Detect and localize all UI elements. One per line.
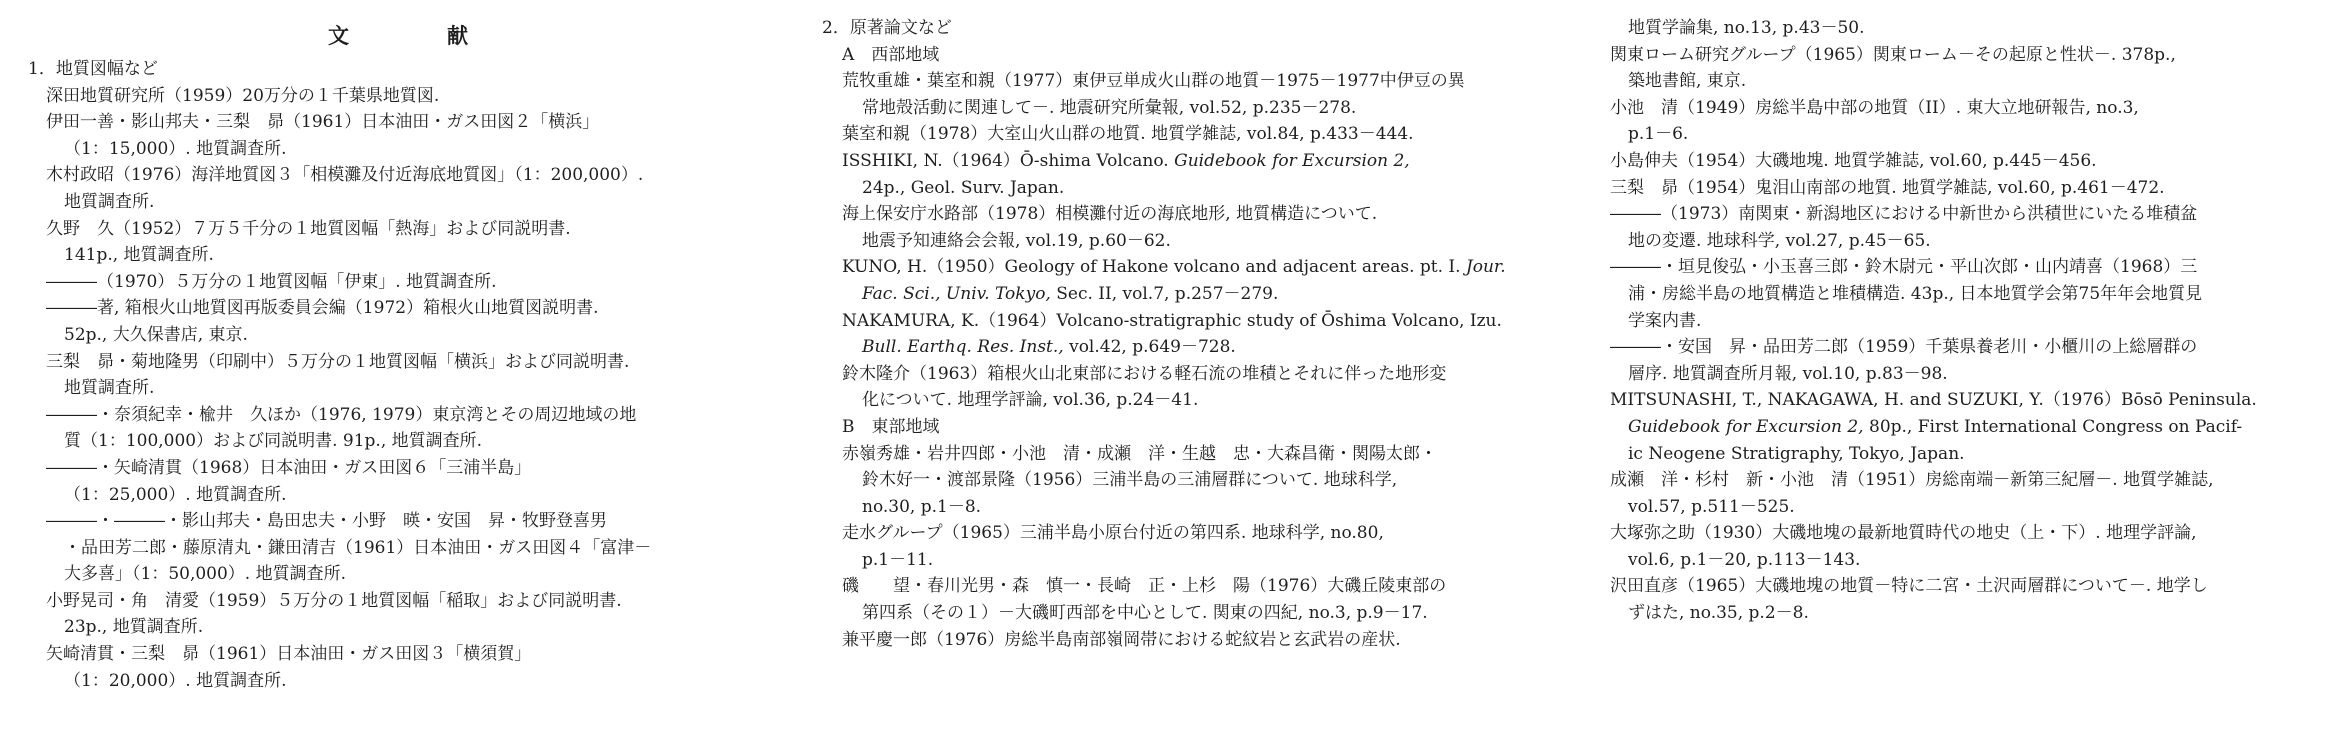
reference-line: MITSUNASHI, T., NAKAGAWA, H. and SUZUKI,… [1610,387,2325,414]
reference-line: 鈴木好一・渡部景隆（1956）三浦半島の三浦層群について. 地球科学, [822,467,1582,494]
title-char-1: 文 [328,20,349,50]
reference-line: 層序. 地質調査所月報, vol.10, p.83－98. [1610,361,2325,388]
reference-text: ―――・安国 昇・品田芳二郎（1959）千葉県養老川・小櫃川の上総層群の [1610,337,2197,357]
reference-line: 地質調査所. [28,375,788,402]
reference-line: 鈴木隆介（1963）箱根火山北東部における軽石流の堆積とそれに伴った地形変 [822,361,1582,388]
reference-line: ―――（1973）南関東・新潟地区における中新世から洪積世にいたる堆積盆 [1610,201,2325,228]
reference-text: MITSUNASHI, T., NAKAGAWA, H. and SUZUKI,… [1610,390,2257,410]
reference-text: 葉室和親（1978）大室山火山群の地質. 地質学雑誌, vol.84, p.43… [842,124,1414,144]
reference-line: ―――・矢崎清貫（1968）日本油田・ガス田図６「三浦半島」 [28,455,788,482]
reference-line: 荒牧重雄・葉室和親（1977）東伊豆単成火山群の地質－1975－1977中伊豆の… [822,68,1582,95]
reference-text: 化について. 地理学評論, vol.36, p.24－41. [862,390,1198,410]
reference-text: 深田地質研究所（1959）20万分の１千葉県地質図. [46,86,439,106]
reference-line: ic Neogene Stratigraphy, Tokyo, Japan. [1610,441,2325,468]
reference-text: 三梨 昴（1954）鬼泪山南部の地質. 地質学雑誌, vol.60, p.461… [1610,178,2165,198]
reference-text: NAKAMURA, K.（1964）Volcano-stratigraphic … [842,311,1502,331]
reference-line: ―――・―――・影山邦夫・島田忠夫・小野 暎・安国 昇・牧野登喜男 [28,508,788,535]
reference-text: 地質学論集, no.13, p.43－50. [1628,18,1865,38]
reference-text: 海上保安庁水路部（1978）相模灘付近の海底地形, 地質構造について. [842,204,1377,224]
reference-line: 24p., Geol. Surv. Japan. [822,175,1582,202]
section-heading: 2．原著論文など [822,15,1582,42]
reference-text: vol.57, p.511－525. [1628,497,1795,517]
reference-line: 質（1：100,000）および同説明書. 91p., 地質調査所. [28,428,788,455]
reference-text: 大多喜」（1：50,000）. 地質調査所. [64,564,346,584]
reference-line: Fac. Sci., Univ. Tokyo, Sec. II, vol.7, … [822,281,1582,308]
reference-text: ISSHIKI, N.（1964）Ō-shima Volcano. [842,151,1169,171]
reference-text: 23p., 地質調査所. [64,617,203,637]
reference-line: 赤嶺秀雄・岩井四郎・小池 清・成瀬 洋・生越 忠・大森昌衛・関陽太郎・ [822,441,1582,468]
journal-title: Fac. Sci., Univ. Tokyo, [862,284,1056,304]
reference-text: no.30, p.1－8. [862,497,981,517]
reference-line: 沢田直彦（1965）大磯地塊の地質－特に二宮・土沢両層群について－. 地学し [1610,573,2325,600]
reference-line: Guidebook for Excursion 2, 80p., First I… [1610,414,2325,441]
reference-line: 地質学論集, no.13, p.43－50. [1610,15,2325,42]
reference-text: 2．原著論文など [822,18,952,38]
reference-line: 築地書館, 東京. [1610,68,2325,95]
reference-text: p.1－11. [862,550,933,570]
reference-line: 化について. 地理学評論, vol.36, p.24－41. [822,387,1582,414]
reference-line: 木村政昭（1976）海洋地質図３「相模灘及付近海底地質図」（1：200,000）… [28,162,788,189]
reference-line: 地質調査所. [28,189,788,216]
journal-title: Guidebook for Excursion 2, [1628,417,1869,437]
reference-text: 小野晃司・角 清愛（1959）５万分の１地質図幅「稲取」および同説明書. [46,591,622,611]
reference-text: 鈴木隆介（1963）箱根火山北東部における軽石流の堆積とそれに伴った地形変 [842,364,1446,384]
reference-line: 三梨 昴（1954）鬼泪山南部の地質. 地質学雑誌, vol.60, p.461… [1610,175,2325,202]
reference-line: ―――・安国 昇・品田芳二郎（1959）千葉県養老川・小櫃川の上総層群の [1610,334,2325,361]
reference-text: 第四系（その１）－大磯町西部を中心として. 関東の四紀, no.3, p.9－1… [862,603,1428,623]
reference-text: vol.6, p.1－20, p.113－143. [1628,550,1860,570]
reference-line: KUNO, H.（1950）Geology of Hakone volcano … [822,254,1582,281]
reference-line: 久野 久（1952）７万５千分の１地質図幅「熱海」および同説明書. [28,216,788,243]
reference-line: 141p., 地質調査所. [28,242,788,269]
reference-line: vol.6, p.1－20, p.113－143. [1610,547,2325,574]
reference-text: 伊田一善・影山邦夫・三梨 昴（1961）日本油田・ガス田図２「横浜」 [46,112,599,132]
reference-line: （1：25,000）. 地質調査所. [28,482,788,509]
journal-title: Bull. Earthq. Res. Inst., [862,337,1069,357]
reference-line: Bull. Earthq. Res. Inst., vol.42, p.649－… [822,334,1582,361]
reference-text: （1：20,000）. 地質調査所. [64,671,287,691]
section-heading: 1．地質図幅など [28,56,788,83]
reference-text: 52p., 大久保書店, 東京. [64,325,248,345]
reference-line: 23p., 地質調査所. [28,614,788,641]
reference-text: 大塚弥之助（1930）大磯地塊の最新地質時代の地史（上・下）. 地理学評論, [1610,523,2196,543]
reference-line: 走水グループ（1965）三浦半島小原台付近の第四系. 地球科学, no.80, [822,520,1582,547]
reference-text: 三梨 昴・菊地隆男（印刷中）５万分の１地質図幅「横浜」および同説明書. [46,352,629,372]
reference-text: ―――・―――・影山邦夫・島田忠夫・小野 暎・安国 昇・牧野登喜男 [46,511,607,531]
reference-line: 成瀬 洋・杉村 新・小池 清（1951）房総南端－新第三紀層－. 地質学雑誌, [1610,467,2325,494]
reference-line: 常地殻活動に関連して－. 地震研究所彙報, vol.52, p.235－278. [822,95,1582,122]
reference-line: 地震予知連絡会会報, vol.19, p.60－62. [822,228,1582,255]
reference-text: ―――・奈須紀幸・楡井 久ほか（1976, 1979）東京湾とその周辺地域の地 [46,405,636,425]
reference-text: 走水グループ（1965）三浦半島小原台付近の第四系. 地球科学, no.80, [842,523,1384,543]
reference-text: 兼平慶一郎（1976）房総半島南部嶺岡帯における蛇紋岩と玄武岩の産状. [842,630,1401,650]
reference-text: 常地殻活動に関連して－. 地震研究所彙報, vol.52, p.235－278. [862,98,1356,118]
reference-text: Sec. II, vol.7, p.257－279. [1056,284,1278,304]
reference-text: （1：25,000）. 地質調査所. [64,485,287,505]
reference-text: ・品田芳二郎・藤原清丸・鎌田清吉（1961）日本油田・ガス田図４「富津－ [64,538,651,558]
reference-line: 浦・房総半島の地質構造と堆積構造. 43p., 日本地質学会第75年年会地質見 [1610,281,2325,308]
reference-text: ―――著, 箱根火山地質図再版委員会編（1972）箱根火山地質図説明書. [46,298,598,318]
reference-line: 地の変遷. 地球科学, vol.27, p.45－65. [1610,228,2325,255]
reference-text: 赤嶺秀雄・岩井四郎・小池 清・成瀬 洋・生越 忠・大森昌衛・関陽太郎・ [842,444,1437,464]
reference-text: 荒牧重雄・葉室和親（1977）東伊豆単成火山群の地質－1975－1977中伊豆の… [842,71,1465,91]
reference-line: 矢崎清貫・三梨 昴（1961）日本油田・ガス田図３「横須賀」 [28,641,788,668]
reference-text: ―――（1970）５万分の１地質図幅「伊東」. 地質調査所. [46,272,496,292]
reference-line: 葉室和親（1978）大室山火山群の地質. 地質学雑誌, vol.84, p.43… [822,121,1582,148]
reference-line: ISSHIKI, N.（1964）Ō-shima Volcano. Guideb… [822,148,1582,175]
journal-title: Jour. [1461,257,1506,277]
reference-text: 学案内書. [1628,311,1701,331]
reference-line: 三梨 昴・菊地隆男（印刷中）５万分の１地質図幅「横浜」および同説明書. [28,349,788,376]
reference-line: 小野晃司・角 清愛（1959）５万分の１地質図幅「稲取」および同説明書. [28,588,788,615]
reference-list-right: 地質学論集, no.13, p.43－50.関東ローム研究グループ（1965）関… [1610,15,2325,627]
reference-line: ―――・奈須紀幸・楡井 久ほか（1976, 1979）東京湾とその周辺地域の地 [28,402,788,429]
reference-line: p.1－11. [822,547,1582,574]
reference-list-middle: 2．原著論文などA 西部地域荒牧重雄・葉室和親（1977）東伊豆単成火山群の地質… [822,15,1582,653]
reference-text: B 東部地域 [842,417,940,437]
reference-line: 大多喜」（1：50,000）. 地質調査所. [28,561,788,588]
reference-text: 小池 清（1949）房総半島中部の地質（II）. 東大立地研報告, no.3, [1610,98,2139,118]
journal-title: Guidebook for Excursion 2, [1169,151,1410,171]
reference-line: ・品田芳二郎・藤原清丸・鎌田清吉（1961）日本油田・ガス田図４「富津－ [28,535,788,562]
reference-line: 兼平慶一郎（1976）房総半島南部嶺岡帯における蛇紋岩と玄武岩の産状. [822,627,1582,654]
reference-text: 浦・房総半島の地質構造と堆積構造. 43p., 日本地質学会第75年年会地質見 [1628,284,2202,304]
reference-text: 成瀬 洋・杉村 新・小池 清（1951）房総南端－新第三紀層－. 地質学雑誌, [1610,470,2213,490]
reference-text: 小島伸夫（1954）大磯地塊. 地質学雑誌, vol.60, p.445－456… [1610,151,2097,171]
reference-line: ―――著, 箱根火山地質図再版委員会編（1972）箱根火山地質図説明書. [28,295,788,322]
reference-line: 大塚弥之助（1930）大磯地塊の最新地質時代の地史（上・下）. 地理学評論, [1610,520,2325,547]
reference-text: 地質調査所. [64,378,154,398]
reference-line: ずはた, no.35, p.2－8. [1610,600,2325,627]
reference-line: vol.57, p.511－525. [1610,494,2325,521]
reference-text: ―――・垣見俊弘・小玉喜三郎・鈴木尉元・平山次郎・山内靖喜（1968）三 [1610,257,2197,277]
reference-text: 1．地質図幅など [28,59,158,79]
reference-text: 141p., 地質調査所. [64,245,214,265]
reference-line: 海上保安庁水路部（1978）相模灘付近の海底地形, 地質構造について. [822,201,1582,228]
reference-line: 伊田一善・影山邦夫・三梨 昴（1961）日本油田・ガス田図２「横浜」 [28,109,788,136]
reference-text: （1：15,000）. 地質調査所. [64,139,287,159]
reference-text: ―――（1973）南関東・新潟地区における中新世から洪積世にいたる堆積盆 [1610,204,2197,224]
reference-line: 磯 望・春川光男・森 慎一・長崎 正・上杉 陽（1976）大磯丘陵東部の [822,573,1582,600]
reference-line: 学案内書. [1610,308,2325,335]
reference-line: ―――（1970）５万分の１地質図幅「伊東」. 地質調査所. [28,269,788,296]
reference-line: p.1－6. [1610,121,2325,148]
reference-text: vol.42, p.649－728. [1069,337,1236,357]
reference-line: （1：20,000）. 地質調査所. [28,668,788,695]
reference-text: 沢田直彦（1965）大磯地塊の地質－特に二宮・土沢両層群について－. 地学し [1610,576,2208,596]
reference-text: 層序. 地質調査所月報, vol.10, p.83－98. [1628,364,1948,384]
reference-text: 80p., First International Congress on Pa… [1869,417,2242,437]
reference-text: KUNO, H.（1950）Geology of Hakone volcano … [842,257,1461,277]
reference-line: 深田地質研究所（1959）20万分の１千葉県地質図. [28,83,788,110]
page-title: 文 献 [328,20,468,50]
reference-text: A 西部地域 [842,45,939,65]
reference-text: 矢崎清貫・三梨 昴（1961）日本油田・ガス田図３「横須賀」 [46,644,531,664]
reference-line: （1：15,000）. 地質調査所. [28,136,788,163]
reference-line: 小島伸夫（1954）大磯地塊. 地質学雑誌, vol.60, p.445－456… [1610,148,2325,175]
reference-text: ずはた, no.35, p.2－8. [1628,603,1809,623]
reference-text: 関東ローム研究グループ（1965）関東ローム－その起原と性状－. 378p., [1610,45,2176,65]
section-heading: A 西部地域 [822,42,1582,69]
reference-text: 質（1：100,000）および同説明書. 91p., 地質調査所. [64,431,482,451]
reference-text: 磯 望・春川光男・森 慎一・長崎 正・上杉 陽（1976）大磯丘陵東部の [842,576,1446,596]
title-char-2: 献 [447,20,468,50]
reference-text: 24p., Geol. Surv. Japan. [862,178,1064,198]
reference-text: ic Neogene Stratigraphy, Tokyo, Japan. [1628,444,1965,464]
reference-text: 久野 久（1952）７万５千分の１地質図幅「熱海」および同説明書. [46,219,571,239]
reference-text: 鈴木好一・渡部景隆（1956）三浦半島の三浦層群について. 地球科学, [862,470,1397,490]
reference-list-left: 1．地質図幅など深田地質研究所（1959）20万分の１千葉県地質図.伊田一善・影… [28,56,788,694]
reference-line: NAKAMURA, K.（1964）Volcano-stratigraphic … [822,308,1582,335]
reference-text: 地震予知連絡会会報, vol.19, p.60－62. [862,231,1171,251]
reference-line: ―――・垣見俊弘・小玉喜三郎・鈴木尉元・平山次郎・山内靖喜（1968）三 [1610,254,2325,281]
reference-line: 小池 清（1949）房総半島中部の地質（II）. 東大立地研報告, no.3, [1610,95,2325,122]
reference-text: 築地書館, 東京. [1628,71,1746,91]
reference-text: p.1－6. [1628,124,1688,144]
reference-text: 地質調査所. [64,192,154,212]
section-heading: B 東部地域 [822,414,1582,441]
reference-text: 木村政昭（1976）海洋地質図３「相模灘及付近海底地質図」（1：200,000）… [46,165,643,185]
reference-line: 第四系（その１）－大磯町西部を中心として. 関東の四紀, no.3, p.9－1… [822,600,1582,627]
reference-text: 地の変遷. 地球科学, vol.27, p.45－65. [1628,231,1931,251]
reference-line: 52p., 大久保書店, 東京. [28,322,788,349]
reference-line: 関東ローム研究グループ（1965）関東ローム－その起原と性状－. 378p., [1610,42,2325,69]
reference-text: ―――・矢崎清貫（1968）日本油田・ガス田図６「三浦半島」 [46,458,531,478]
reference-line: no.30, p.1－8. [822,494,1582,521]
